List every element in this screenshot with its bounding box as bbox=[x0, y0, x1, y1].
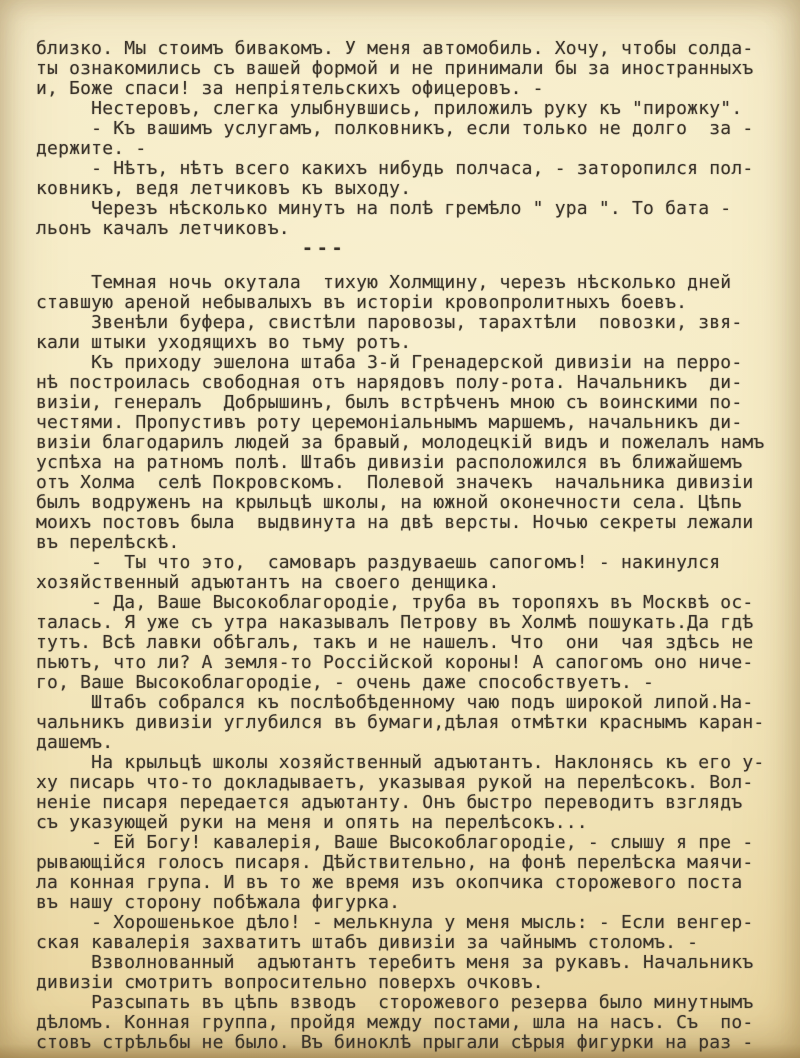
text-line: моихъ постовъ была выдвинута на двѣ верс… bbox=[36, 513, 782, 533]
text-line: ху писарь что-то докладываетъ, указывая … bbox=[36, 773, 782, 793]
text-line: - Хорошенькое дѣло! - мелькнула у меня м… bbox=[36, 913, 782, 933]
text-line: - Нѣтъ, нѣтъ всего какихъ нибудь полчаса… bbox=[36, 159, 782, 179]
text-line: Черезъ нѣсколько минутъ на полѣ гремѣло … bbox=[36, 199, 782, 219]
text-line: рывающійся голосъ писаря. Дѣйствительно,… bbox=[36, 853, 782, 873]
text-line: Взволнованный адъютантъ теребитъ меня за… bbox=[36, 953, 782, 973]
text-line: тутъ. Всѣ лавки обѣгалъ, такъ и не нашел… bbox=[36, 633, 782, 653]
text-line: дѣломъ. Конная группа, пройдя между пост… bbox=[36, 1013, 782, 1033]
text-line: На крыльцѣ школы хозяйственный адъютантъ… bbox=[36, 753, 782, 773]
text-line: ла конная група. И въ то же время изъ ок… bbox=[36, 873, 782, 893]
text-line: и, Боже спаси! за непріятельскихъ офицер… bbox=[36, 79, 782, 99]
text-line: кали штыки уходящихъ во тьму ротъ. bbox=[36, 333, 782, 353]
text-line: Къ приходу эшелона штаба 3-й Гренадерско… bbox=[36, 353, 782, 373]
text-line: нѣ построилась свободная отъ нарядовъ по… bbox=[36, 373, 782, 393]
text-line: Штабъ собрался къ послѣобѣденному чаю по… bbox=[36, 693, 782, 713]
text-line: неніе писаря передается адъютанту. Онъ б… bbox=[36, 793, 782, 813]
text-line: го, Ваше Высокоблагородіе, - очень даже … bbox=[36, 673, 782, 693]
text-line: отъ Холма селѣ Покровскомъ. Полевой знач… bbox=[36, 473, 782, 493]
text-line: дивизіи смотритъ вопросительно поверхъ о… bbox=[36, 973, 782, 993]
text-line: Нестеровъ, слегка улыбнувшись, приложилъ… bbox=[36, 99, 782, 119]
text-line: чальникъ дивизіи углубился въ бумаги,дѣл… bbox=[36, 713, 782, 733]
text-line: въ перелѣскѣ. bbox=[36, 533, 782, 553]
text-line: - Ты что это, самоваръ раздуваешь сапого… bbox=[36, 553, 782, 573]
text-line: Разсыпать въ цѣпь взводъ сторожевого рез… bbox=[36, 993, 782, 1013]
text-line: Темная ночь окутала тихую Холмщину, чере… bbox=[36, 273, 782, 293]
text-line: Звенѣли буфера, свистѣли паровозы, тарах… bbox=[36, 313, 782, 333]
text-line: ставшую ареной небывалыхъ въ исторіи кро… bbox=[36, 293, 782, 313]
text-line: держите. - bbox=[36, 139, 782, 159]
text-line: визіи благодарилъ людей за бравый, молод… bbox=[36, 433, 782, 453]
text-line: близко. Мы стоимъ бивакомъ. У меня автом… bbox=[36, 39, 782, 59]
text-line: - Ей Богу! кавалерія, Ваше Высокоблагоро… bbox=[36, 833, 782, 853]
text-line: успѣха на ратномъ полѣ. Штабъ дивизіи ра… bbox=[36, 453, 782, 473]
typewritten-text: близко. Мы стоимъ бивакомъ. У меня автом… bbox=[0, 0, 800, 1053]
text-line: - Къ вашимъ услугамъ, полковникъ, если т… bbox=[36, 119, 782, 139]
text-line: ковникъ, ведя летчиковъ къ выходу. bbox=[36, 179, 782, 199]
text-line: дашемъ. bbox=[36, 733, 782, 753]
paragraph-block-1: близко. Мы стоимъ бивакомъ. У меня автом… bbox=[36, 39, 782, 239]
scanned-page: близко. Мы стоимъ бивакомъ. У меня автом… bbox=[0, 0, 800, 1058]
text-line: честями. Пропустивъ роту церемоніальнымъ… bbox=[36, 413, 782, 433]
text-line: хозяйственный адъютантъ на своего денщик… bbox=[36, 573, 782, 593]
text-line: стовъ стрѣльбы не было. Въ биноклѣ прыга… bbox=[36, 1033, 782, 1053]
text-line: съ указующей руки на меня и опять на пер… bbox=[36, 813, 782, 833]
text-line: ская кавалерія захватитъ штабъ дивизіи з… bbox=[36, 933, 782, 953]
text-line: былъ водруженъ на крыльцѣ школы, на южно… bbox=[36, 493, 782, 513]
text-line: льонъ качалъ летчиковъ. bbox=[36, 219, 782, 239]
text-line: пьютъ, что ли? А земля-то Россійской кор… bbox=[36, 653, 782, 673]
text-line: въ нашу сторону побѣжала фигурка. bbox=[36, 893, 782, 913]
paragraph-block-2: Темная ночь окутала тихую Холмщину, чере… bbox=[36, 273, 782, 1053]
text-line: ты ознакомились съ вашей формой и не при… bbox=[36, 59, 782, 79]
text-line: талась. Я уже съ утра наказывалъ Петрову… bbox=[36, 613, 782, 633]
text-line: - Да, Ваше Высокоблагородіе, труба въ то… bbox=[36, 593, 782, 613]
section-separator: --- bbox=[36, 239, 782, 259]
text-line: визіи, генералъ Добрышинъ, былъ встрѣчен… bbox=[36, 393, 782, 413]
